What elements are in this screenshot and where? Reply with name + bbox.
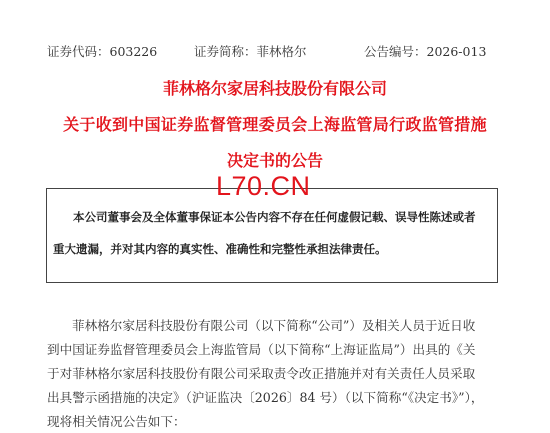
body-line: 菲林格尔家居科技股份有限公司（以下简称“公司”）及相关人员于近日收	[47, 314, 507, 338]
body-line: 到中国证券监督管理委员会上海监管局（以下简称“上海证监局”）出具的《关	[47, 338, 507, 362]
company-name-title: 菲林格尔家居科技股份有限公司	[0, 76, 550, 99]
security-short-name: 证券简称：菲林格尔	[194, 42, 307, 60]
body-line: 于对菲林格尔家居科技股份有限公司采取责令改正措施并对有关责任人员采取	[47, 362, 507, 386]
site-watermark: L70.CN	[216, 173, 311, 200]
body-line: 现将相关情况公告如下：	[47, 410, 507, 433]
board-statement-box: 本公司董事会及全体董事保证本公告内容不存在任何虚假记载、误导性陈述或者 重大遗漏…	[46, 188, 498, 283]
announcement-body: 菲林格尔家居科技股份有限公司（以下简称“公司”）及相关人员于近日收 到中国证券监…	[47, 314, 507, 433]
announcement-number: 公告编号：2026-013	[364, 42, 486, 60]
announcement-header: 证券代码：603226 证券简称：菲林格尔 公告编号：2026-013	[0, 42, 550, 60]
body-line: 出具警示函措施的决定》（沪证监决〔2026〕84 号）（以下简称“《决定书》”）…	[47, 386, 507, 410]
announcement-title-line: 决定书的公告	[0, 148, 550, 171]
board-statement-line: 本公司董事会及全体董事保证本公告内容不存在任何虚假记载、误导性陈述或者	[73, 209, 476, 225]
board-statement-line: 重大遗漏，并对其内容的真实性、准确性和完整性承担法律责任。	[53, 241, 387, 257]
security-code: 证券代码：603226	[47, 42, 157, 60]
announcement-title-line: 关于收到中国证券监督管理委员会上海监管局行政监管措施	[0, 112, 550, 135]
